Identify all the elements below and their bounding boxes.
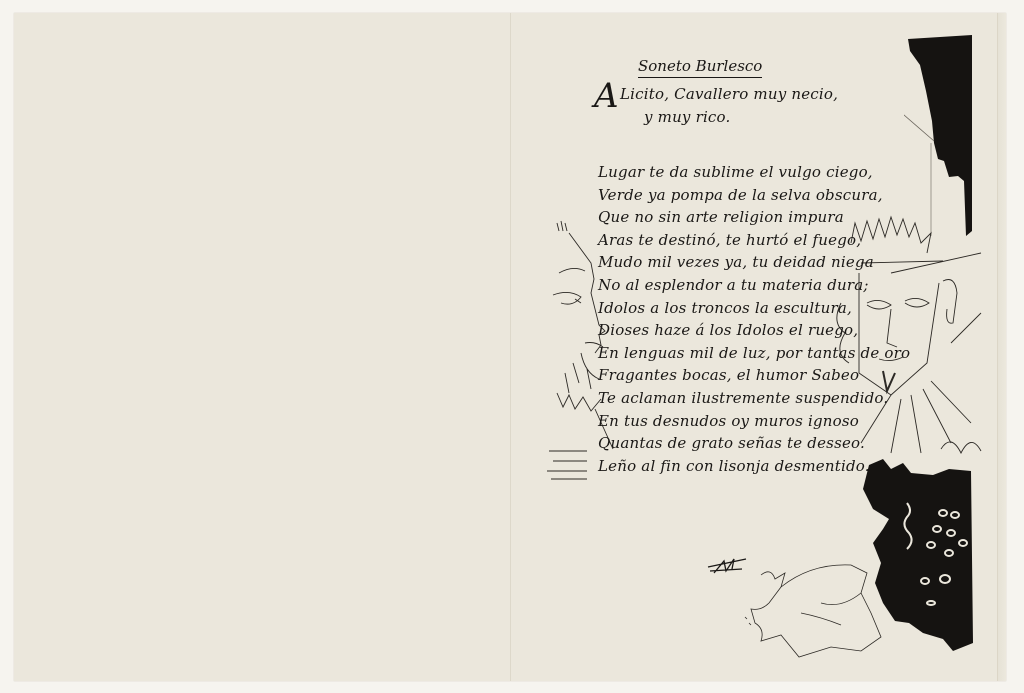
page-edge [997,13,1006,681]
signature-monogram-icon [706,555,750,575]
initial-letter: A [594,79,619,113]
poem-lines-main: Lugar te da sublime el vulgo ciego, Verd… [598,161,910,477]
poem-line: Verde ya pompa de la selva obscura, [598,184,910,207]
poem-lines: Licito, Cavallero muy necio, y muy rico. [620,83,838,128]
reclining-figure-sketch-icon [741,553,891,663]
poem-line: Fragantes bocas, el humor Sabeo [598,364,910,387]
poem-line: Mudo mil vezes ya, tu deidad niega [598,251,910,274]
ink-wash-top-icon [904,31,984,236]
poem-line: y muy rico. [620,106,838,129]
poem-line: En lenguas mil de luz, por tantas de oro [598,342,910,365]
poem-line: Idolos a los troncos la escultura, [598,297,910,320]
poem-line: Licito, Cavallero muy necio, [620,83,838,106]
poem-line: Quantas de grato señas te desseo. [598,432,910,455]
poem-line: En tus desnudos oy muros ignoso [598,410,910,433]
poem-line: Dioses haze á los Idolos el ruego, [598,319,910,342]
poem-line: Te aclaman ilustremente suspendido. [598,387,910,410]
poem-line: Lugar te da sublime el vulgo ciego, [598,161,910,184]
poem-line: Aras te destinó, te hurtó el fuego, [598,229,910,252]
right-page: Soneto Burlesco A Licito, Cavallero muy … [511,13,998,681]
poem-title: Soneto Burlesco [638,57,762,78]
paper-sheet: Soneto Burlesco A Licito, Cavallero muy … [14,13,1006,681]
poem-line: No al esplendor a tu materia dura; [598,274,910,297]
poem-line: Leño al fin con lisonja desmentido. [598,455,910,478]
left-page-blank [14,13,510,681]
poem-line: Que no sin arte religion impura [598,206,910,229]
